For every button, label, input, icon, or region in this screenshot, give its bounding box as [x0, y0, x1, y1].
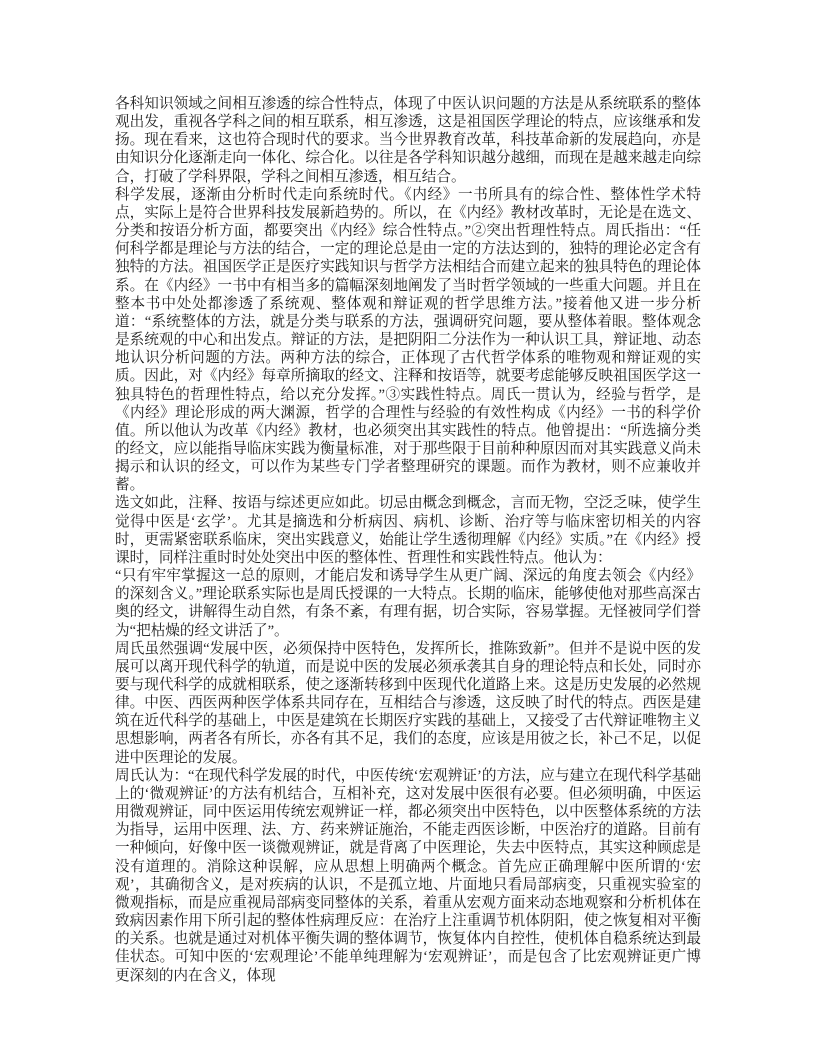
- document-page: 各科知识领域之间相互渗透的综合性特点，体现了中医认识问题的方法是从系统联系的整体…: [0, 0, 816, 1056]
- paragraph-6: 周氏认为：“在现代科学发展的时代，中医传统‘宏观辨证’的方法，应与建立在现代科学…: [115, 767, 701, 985]
- paragraph-5: 周氏虽然强调“发展中医，必须保持中医特色，发挥所长，推陈致新”。但并不是说中医的…: [115, 640, 701, 767]
- paragraph-1: 各科知识领域之间相互渗透的综合性特点，体现了中医认识问题的方法是从系统联系的整体…: [115, 95, 701, 186]
- paragraph-2: 科学发展，逐渐由分析时代走向系统时代。《内经》一书所具有的综合性、整体性学术特点…: [115, 186, 701, 495]
- paragraph-3: 选文如此，注释、按语与综述更应如此。切忌由概念到概念，言而无物，空泛乏味，使学生…: [115, 494, 701, 567]
- paragraph-4: “只有牢牢掌握这一总的原则，才能启发和诱导学生从更广阔、深远的角度去领会《内经》…: [115, 567, 701, 640]
- text-block: 各科知识领域之间相互渗透的综合性特点，体现了中医认识问题的方法是从系统联系的整体…: [115, 95, 701, 985]
